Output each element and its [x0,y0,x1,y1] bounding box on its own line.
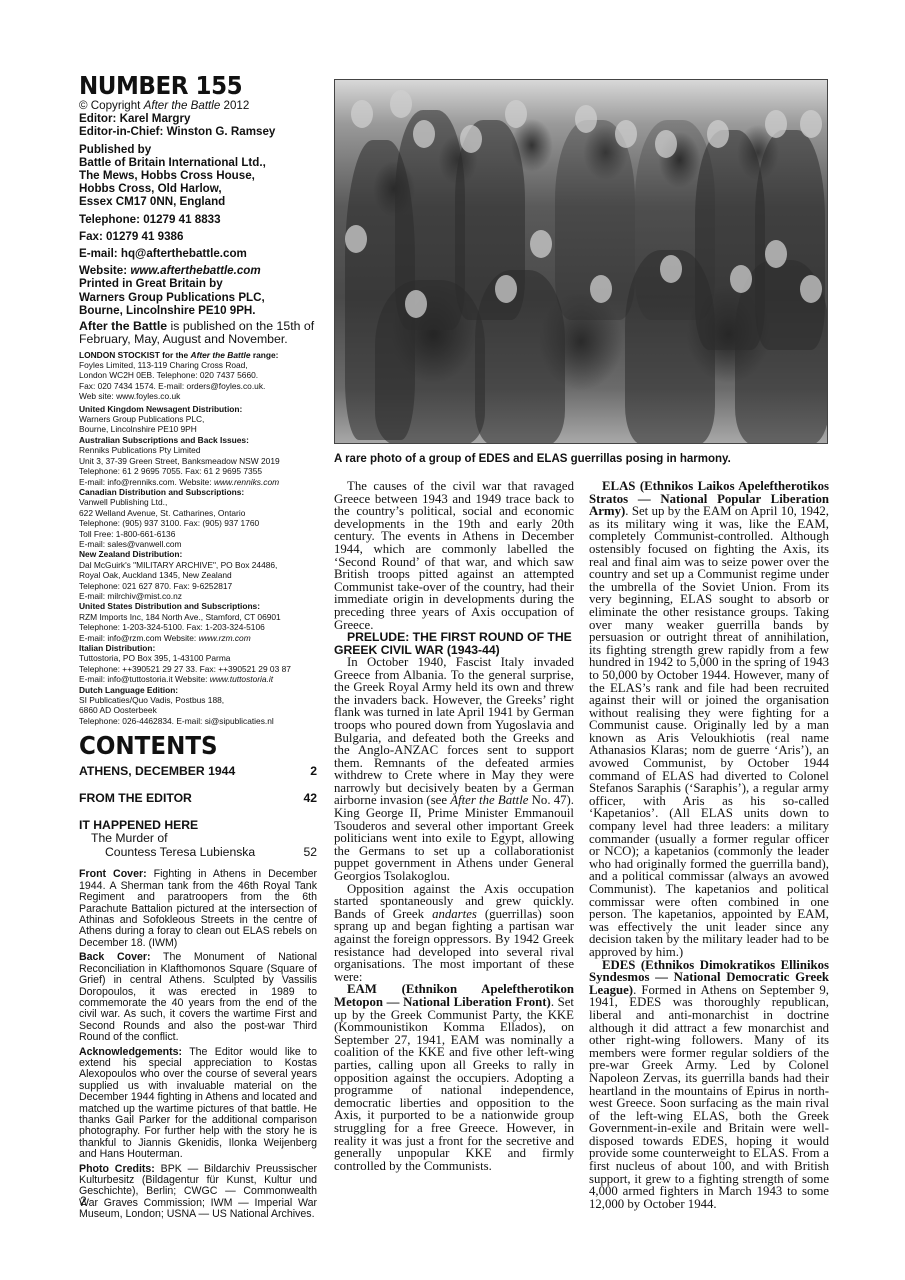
telephone: Telephone: 01279 41 8833 [79,213,317,226]
publisher-line: Hobbs Cross, Old Harlow, [79,182,317,195]
back-cover-note: Back Cover: The Monument of National Rec… [79,952,317,1043]
uk-distribution-heading: United Kingdom Newsagent Distribution: [79,404,317,414]
website-link[interactable]: www.afterthebattle.com [130,264,260,277]
toc-entry[interactable]: IT HAPPENED HERE The Murder of Countess … [79,818,317,859]
publisher-line: Essex CM17 0NN, England [79,195,317,208]
printer-line: Printed in Great Britain by [79,277,317,290]
usa-heading: United States Distribution and Subscript… [79,601,317,611]
australia-heading: Australian Subscriptions and Back Issues… [79,435,317,445]
section-heading: PRELUDE: THE FIRST ROUND OF THE GREEK CI… [334,631,574,656]
page-number: 2 [80,1194,87,1208]
masthead-column: NUMBER 155 © Copyright After the Battle … [79,72,317,1224]
publisher-line: The Mews, Hobbs Cross House, [79,169,317,182]
eam-paragraph: EAM (Ethnikon Apeleftherotikon Metopon —… [334,983,574,1172]
publisher-line: Battle of Britain International Ltd., [79,156,317,169]
elas-paragraph: ELAS (Ethnikos Laikos Apeleftherotikos S… [589,480,829,959]
photo-caption: A rare photo of a group of EDES and ELAS… [334,452,834,466]
copyright-line: © Copyright After the Battle 2012 [79,99,317,112]
edes-paragraph: EDES (Ethnikos Dimokratikos Ellinikos Sy… [589,959,829,1211]
printer-line: Bourne, Lincolnshire PE10 9PH. [79,304,317,317]
dutch-edition-heading: Dutch Language Edition: [79,685,317,695]
email: E-mail: hq@afterthebattle.com [79,247,317,260]
body-paragraph: In October 1940, Fascist Italy invaded G… [334,656,574,883]
fax: Fax: 01279 41 9386 [79,230,317,243]
intro-paragraph: The causes of the civil war that ravaged… [334,480,574,631]
tuttostoria-website-link[interactable]: www.tuttostoria.it [210,674,273,684]
canada-heading: Canadian Distribution and Subscriptions: [79,487,317,497]
toc-entry[interactable]: ATHENS, DECEMBER 1944 2 [79,764,317,778]
article-column-1: The causes of the civil war that ravaged… [334,480,574,1172]
renniks-website-link[interactable]: www.renniks.com [214,477,279,487]
issue-number: NUMBER 155 [79,72,298,99]
published-by-label: Published by [79,143,317,156]
body-paragraph: Opposition against the Axis occupation s… [334,883,574,984]
cover-and-credits: Front Cover: Fighting in Athens in Decem… [79,869,317,1220]
new-zealand-heading: New Zealand Distribution: [79,549,317,559]
website-line: Website: www.afterthebattle.com [79,264,317,277]
printer-line: Warners Group Publications PLC, [79,291,317,304]
italy-heading: Italian Distribution: [79,643,317,653]
contents-title: CONTENTS [79,732,298,760]
photo-credits: Photo Credits: BPK — Bildarchiv Preussis… [79,1164,317,1221]
article-column-2: ELAS (Ethnikos Laikos Apeleftherotikos S… [589,480,829,1210]
guerrillas-group-photo [334,79,828,444]
distribution-list: LONDON STOCKIST for the After the Battle… [79,350,317,727]
photo-figures [335,80,827,443]
london-stockist-heading: LONDON STOCKIST for the After the Battle… [79,350,317,360]
toc-entry[interactable]: FROM THE EDITOR 42 [79,791,317,805]
publication-schedule: After the Battle is published on the 15t… [79,320,317,347]
masthead-info: © Copyright After the Battle 2012 Editor… [79,99,317,317]
front-cover-note: Front Cover: Fighting in Athens in Decem… [79,869,317,949]
editor: Editor: Karel Margry [79,112,317,125]
acknowledgements: Acknowledgements: The Editor would like … [79,1047,317,1161]
rzm-website-link[interactable]: www.rzm.com [199,633,251,643]
editor-in-chief: Editor-in-Chief: Winston G. Ramsey [79,125,317,138]
